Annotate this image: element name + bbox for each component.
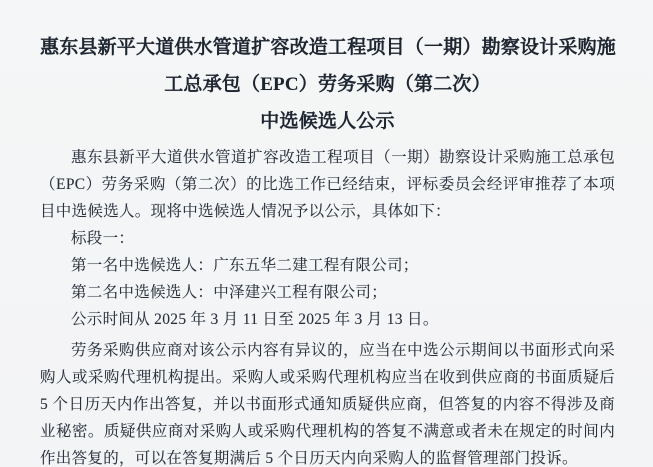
candidate-line-second: 第二名中选候选人：中泽建兴工程有限公司； [40,279,615,306]
document-title: 惠东县新平大道供水管道扩容改造工程项目（一期）勘察设计采购施 工总承包（EPC）… [40,29,615,140]
section-label: 标段一： [40,225,615,252]
intro-paragraph: 惠东县新平大道供水管道扩容改造工程项目（一期）勘察设计采购施工总承包（EPC）劳… [40,144,615,225]
candidate-rank-label: 第二名中选候选人： [71,284,213,301]
candidate-company-name: 广东五华二建工程有限公司； [213,257,418,274]
document-title-line-1: 惠东县新平大道供水管道扩容改造工程项目（一期）勘察设计采购施 [40,29,615,66]
objection-paragraph: 劳务采购供应商对该公示内容有异议的，应当在中选公示期间以书面形式向采购人或采购代… [40,337,615,467]
document-title-line-2: 工总承包（EPC）劳务采购（第二次） [40,66,615,103]
announcement-document: 惠东县新平大道供水管道扩容改造工程项目（一期）勘察设计采购施 工总承包（EPC）… [0,0,653,467]
publicity-period-line: 公示时间从 2025 年 3 月 11 日至 2025 年 3 月 13 日。 [40,306,615,333]
candidate-line-first: 第一名中选候选人：广东五华二建工程有限公司； [40,252,615,279]
candidate-company-name: 中泽建兴工程有限公司； [213,284,387,301]
document-body: 惠东县新平大道供水管道扩容改造工程项目（一期）勘察设计采购施工总承包（EPC）劳… [40,144,615,467]
document-subtitle: 中选候选人公示 [40,103,615,140]
candidate-rank-label: 第一名中选候选人： [71,257,213,274]
